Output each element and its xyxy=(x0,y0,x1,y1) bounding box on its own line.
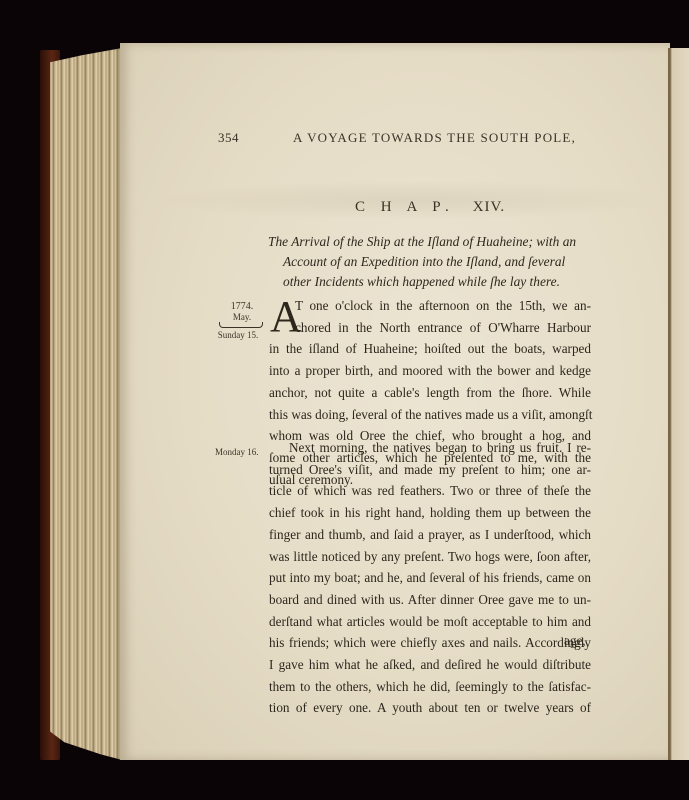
text-line: anchor, not quite a cable's length from … xyxy=(269,382,591,404)
text-line: tion of every one. A youth about ten or … xyxy=(269,697,591,719)
text-line: this was doing, ſeveral of the natives m… xyxy=(269,404,591,426)
text-line: in the iſland of Huaheine; hoiſted out t… xyxy=(269,338,591,360)
text-line: ticle of which was red feathers. Two or … xyxy=(269,480,591,502)
chapter-heading: C H A P.XIV. xyxy=(355,199,505,216)
chapter-number: XIV. xyxy=(473,199,505,215)
text-line: his friends; which were chiefly axes and… xyxy=(269,632,591,654)
margin-note-year: 1774. xyxy=(222,302,262,312)
margin-note-day: Monday 16. xyxy=(215,447,261,457)
text-line: Next morning, the natives began to bring… xyxy=(269,437,591,459)
text-line: derſtand what articles would be moſt acc… xyxy=(269,611,591,633)
page-edges-stack xyxy=(50,48,122,760)
summary-line: Account of an Expedition into the Iſland… xyxy=(268,252,620,272)
catchword: age, xyxy=(564,633,586,649)
chapter-summary: The Arrival of the Ship at the Iſland of… xyxy=(268,232,620,292)
text-line: turned Oree's viſit, and made my preſent… xyxy=(269,459,591,481)
chapter-label: C H A P. xyxy=(355,199,455,215)
text-line: was little noticed by any preſent. Two h… xyxy=(269,546,591,568)
text-line: put into my boat; and he, and ſeveral of… xyxy=(269,567,591,589)
text-line: I gave him what he aſked, and deſired he… xyxy=(269,654,591,676)
page-number: 354 xyxy=(218,130,239,146)
running-title: A VOYAGE TOWARDS THE SOUTH POLE, xyxy=(293,130,576,146)
summary-line: The Arrival of the Ship at the Iſland of… xyxy=(268,232,620,252)
text-line: into a proper birth, and moored with the… xyxy=(269,360,591,382)
margin-note-day: Sunday 15. xyxy=(215,330,261,340)
text-line: chief took in his right hand, holding th… xyxy=(269,502,591,524)
text-line: chored in the North entrance of O'Wharre… xyxy=(269,317,591,339)
text-line: them to the others, which he did, ſeemin… xyxy=(269,676,591,698)
text-line: finger and thumb, and ſaid a prayer, as … xyxy=(269,524,591,546)
margin-brace xyxy=(219,322,263,328)
summary-line: other Incidents which happened while ſhe… xyxy=(268,272,620,292)
text-line: board and dined with us. After dinner Or… xyxy=(269,589,591,611)
margin-note-month: May. xyxy=(222,312,262,322)
facing-page-edge xyxy=(670,48,689,760)
text-line: T one o'clock in the afternoon on the 15… xyxy=(269,295,591,317)
paragraph: Next morning, the natives began to bring… xyxy=(269,437,591,719)
